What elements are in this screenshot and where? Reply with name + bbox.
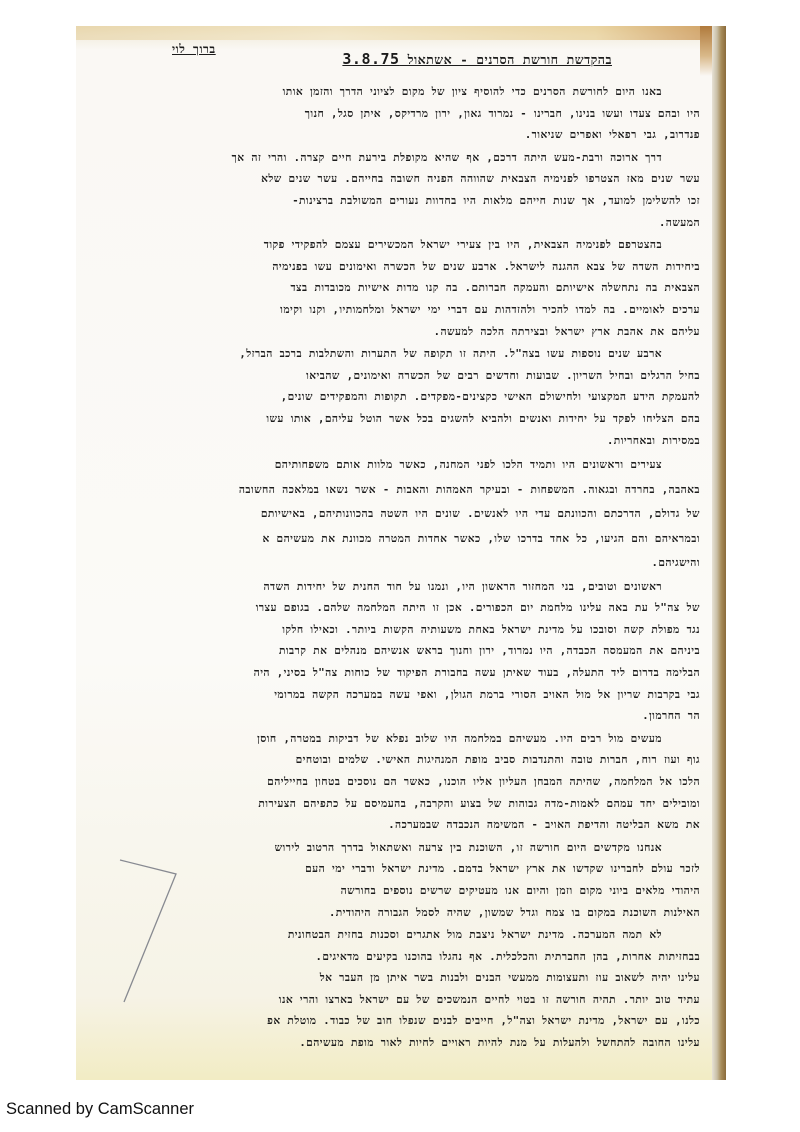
book-binding-edge	[712, 26, 726, 1080]
text-line: בהצטרפם לפנימיה הצבאית, היו בין צעירי יש…	[96, 235, 700, 257]
text-line: מעשים מול רבים היו. מעשיהם במלחמה היו של…	[96, 729, 700, 751]
paragraph: ראשונים וטובים, בני המחזור הראשון היו, ו…	[96, 577, 700, 728]
text-line: זכו להשלימן למועד, אך שנות חייהם מלאות ה…	[96, 191, 700, 213]
paragraph: באנו היום לחורשת הסרנים כדי להוסיף ציון …	[96, 82, 700, 147]
scanned-page-photo: ברוך לוי בהקדשת חורשת הסרנים - אשתאול 3.…	[76, 26, 726, 1080]
text-line: היו ובהם צעדו ועשו בנינו, חברינו - נמרוד…	[96, 104, 700, 126]
text-line: במסירות ובאחריות.	[96, 431, 700, 453]
text-line: הבלימה בדרום ליד התעלה, בעוד שאיתן עשה ב…	[96, 663, 700, 685]
text-line: בהם הצליחו לפקד על יחידות ואנשים ולהביא …	[96, 409, 700, 431]
text-line: ארבע שנים נוספות עשו בצה"ל. היתה זו תקופ…	[96, 344, 700, 366]
text-line: נגד מפולת קשה וסובכו על מדינת ישראל באחת…	[96, 620, 700, 642]
author-name: ברוך לוי	[172, 42, 216, 57]
text-line: ביניהם את המעמסה הכבדה, היו נמרוד, ירון …	[96, 641, 700, 663]
text-line: עלינו החובה להתחשל ולהעלות על מנת להיות …	[96, 1033, 700, 1055]
text-line: בחיל הרגלים ובחיל השריון. שבועות וחדשים …	[96, 366, 700, 388]
paragraph: בהצטרפם לפנימיה הצבאית, היו בין צעירי יש…	[96, 235, 700, 343]
text-line: באנו היום לחורשת הסרנים כדי להוסיף ציון …	[96, 82, 700, 104]
paragraph: מעשים מול רבים היו. מעשיהם במלחמה היו של…	[96, 729, 700, 837]
text-line: פנדרוב, גבי רפאלי ואפרים שניאור.	[96, 125, 700, 147]
text-line: גוף ועוז רוח, חברות טובה והתנדבות סביב מ…	[96, 750, 700, 772]
paragraph: ארבע שנים נוספות עשו בצה"ל. היתה זו תקופ…	[96, 344, 700, 452]
pen-bracket-mark	[116, 854, 196, 1004]
text-line: ערכים לאומיים. בה למדו להכיר ולהזדהות עם…	[96, 300, 700, 322]
paragraph: דרך ארוכה ורבת-מעש היתה דרכם, אף שהיא מק…	[96, 148, 700, 234]
text-line: הצבאית בה נתחשלה אישיותם והעמקה חברותם. …	[96, 278, 700, 300]
text-line: של צה"ל עת באה עלינו מלחמת יום הכפורים. …	[96, 598, 700, 620]
text-line: דרך ארוכה ורבת-מעש היתה דרכם, אף שהיא מק…	[96, 148, 700, 170]
title-text: בהקדשת חורשת הסרנים - אשתאול	[400, 52, 612, 67]
text-line: של גדולם, הדרכתם והכוונתם עדי היו לאנשים…	[96, 502, 700, 527]
text-line: באהבה, בחרדה ובגאוה. המשפחות - ובעיקר הא…	[96, 478, 700, 503]
text-line: ראשונים וטובים, בני המחזור הראשון היו, ו…	[96, 577, 700, 599]
text-line: עשר שנים מאז הצטרפו לפנימיה הצבאית שהווה…	[96, 169, 700, 191]
paragraph: צעירים וראשונים היו ותמיד הלכו לפני המחנ…	[96, 453, 700, 576]
text-line: הר החרמון.	[96, 706, 700, 728]
text-line: גבי בקרבות שריון אל מול האויב הסורי ברמת…	[96, 685, 700, 707]
document-title: בהקדשת חורשת הסרנים - אשתאול 3.8.75	[342, 50, 612, 68]
text-line: המעשה.	[96, 213, 700, 235]
text-line: והישגיהם.	[96, 551, 700, 576]
text-line: ביחידות השדה של צבא ההגנה לישראל. ארבע ש…	[96, 257, 700, 279]
text-line: ומובילים יחד עמהם לאמות-מדה גבוהות של בצ…	[96, 794, 700, 816]
text-line: צעירים וראשונים היו ותמיד הלכו לפני המחנ…	[96, 453, 700, 478]
text-line: עליהם את אהבת ארץ ישראל ובצירתה הלכה למע…	[96, 322, 700, 344]
camscanner-watermark: Scanned by CamScanner	[6, 1100, 194, 1119]
text-line: כלנו, עם ישראל, מדינת ישראל וצה"ל, חייבי…	[96, 1011, 700, 1033]
title-date: 3.8.75	[342, 50, 399, 68]
text-line: את משא הבליטה והדיפת האויב - המשימה הנכב…	[96, 815, 700, 837]
text-line: הלכו אל המלחמה, שהיתה המבחן העליון אליו …	[96, 772, 700, 794]
text-line: להעמקת הידע המקצועי ולחישולם האישי כקצינ…	[96, 387, 700, 409]
text-line: ובמראיהם והם הגיעו, כל אחד בדרכו שלו, כא…	[96, 527, 700, 552]
